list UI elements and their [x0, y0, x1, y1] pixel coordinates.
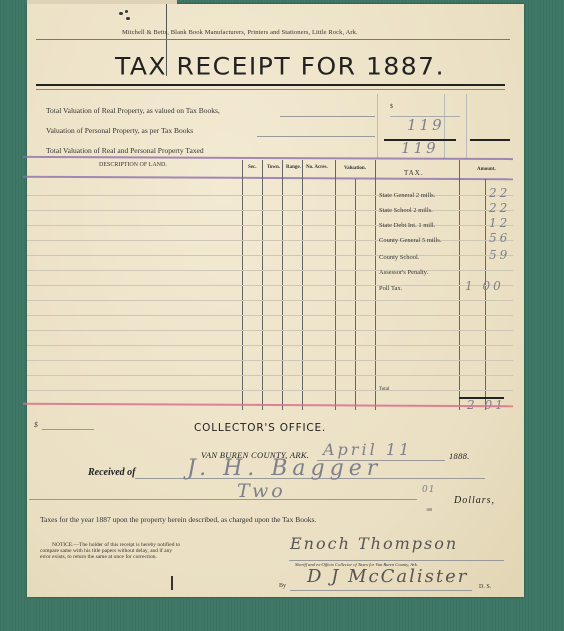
printer-credit: Mitchell & Betts, Blank Book Manufacture… — [122, 29, 358, 36]
sheriff-signature: Enoch Thompson — [290, 534, 458, 553]
purple-rule-top — [23, 156, 513, 160]
amount-county-general: 56 — [489, 231, 510, 245]
amount-state-school: 22 — [489, 201, 510, 215]
sheriff-signature-line — [289, 560, 504, 561]
collector-dollar-sign: $ — [34, 420, 38, 429]
valuation-total-label: Total Valuation of Real and Personal Pro… — [46, 146, 204, 155]
valuation-personal-label: Valuation of Personal Property, as per T… — [46, 126, 193, 135]
valuation-personal-value: 119 — [407, 116, 445, 134]
amount-poll-tax: 1 00 — [465, 279, 504, 293]
dollars-label: Dollars, — [454, 495, 495, 506]
total-label: Total — [379, 387, 389, 392]
amount-state-debt: 12 — [489, 216, 510, 230]
by-label: By — [279, 583, 286, 589]
collectors-office-heading: COLLECTOR'S OFFICE. — [194, 422, 326, 434]
top-rule — [36, 39, 510, 40]
tax-item-county-general: County General 5 mills. — [379, 237, 441, 244]
valuation-personal-underline-2 — [470, 139, 510, 141]
cents-handwritten: 01 — [422, 485, 435, 495]
tax-item-county-school: County School. — [379, 254, 419, 261]
amount-words-line — [29, 499, 417, 500]
torn-corner-top-left — [27, 0, 177, 4]
title-rule-thin — [36, 89, 505, 90]
valuation-real-label: Total Valuation of Real Property, as val… — [46, 106, 220, 115]
col-acres: No. Acres. — [306, 165, 328, 170]
purple-rule-header — [23, 176, 513, 181]
col-description: DESCRIPTION OF LAND. — [99, 162, 167, 168]
valuation-dollar-sign: $ — [390, 104, 393, 110]
cents-denominator: 100 — [426, 507, 432, 512]
ink-blots — [119, 10, 133, 20]
col-range: Range. — [286, 165, 301, 170]
pink-rule — [23, 403, 513, 408]
tax-item-assessors-penalty: Assessor's Penalty. — [379, 269, 428, 276]
year-label: 1888. — [449, 451, 470, 461]
valuation-divider — [377, 94, 378, 159]
col-amount: Amount. — [477, 167, 496, 172]
page-title: TAX RECEIPT FOR 1887. — [115, 53, 445, 81]
tax-receipt-paper: Mitchell & Betts, Blank Book Manufacture… — [27, 4, 524, 597]
payer-name-handwritten: J. H. Bagger — [187, 456, 382, 481]
deputy-signature-line — [290, 590, 472, 591]
title-rule-thick — [36, 84, 505, 86]
valuation-real-blank — [280, 116, 375, 117]
valuation-personal-blank — [257, 136, 375, 137]
amount-state-general: 22 — [489, 186, 510, 200]
col-valuation: Valuation. — [344, 166, 366, 171]
taxes-statement: Taxes for the year 1887 upon the propert… — [40, 515, 316, 524]
tax-item-state-general: State General 2 mills. — [379, 192, 435, 199]
amount-county-school: 59 — [489, 248, 510, 262]
notice-line-3: error exists, to return the same at once… — [40, 554, 180, 560]
amount-words-handwritten: Two — [237, 480, 286, 502]
tax-item-poll-tax: Poll Tax. — [379, 285, 402, 292]
col-sec: Sec. — [248, 165, 256, 170]
valuation-total-value: 119 — [401, 139, 439, 157]
staple-mark — [171, 576, 173, 590]
valuation-divider-3 — [466, 94, 467, 159]
deputy-signature: D J McCalister — [307, 566, 468, 587]
tax-item-state-debt: State Debt Int. 1 mill. — [379, 222, 435, 229]
tax-item-state-school: State School 2 mills. — [379, 207, 433, 214]
col-town: Town. — [267, 165, 280, 170]
deputy-suffix: D. S. — [479, 584, 491, 590]
col-tax: TAX. — [404, 169, 424, 177]
notice-block: NOTICE.—The holder of this receipt is he… — [40, 542, 180, 560]
collector-dollar-line — [42, 429, 94, 430]
received-of-label: Received of — [88, 467, 135, 478]
